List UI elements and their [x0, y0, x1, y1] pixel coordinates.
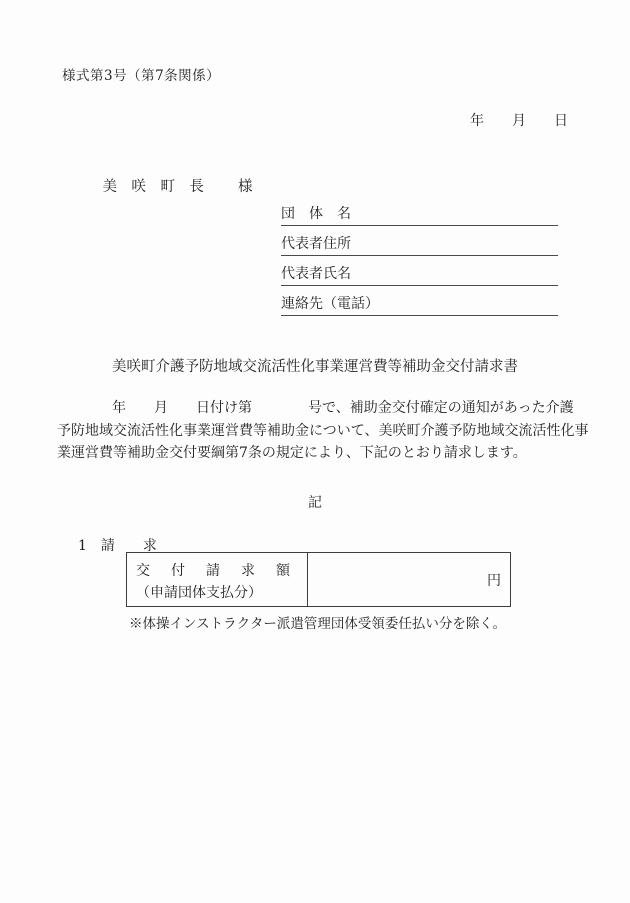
addressee-line: 美 咲 町 長様: [84, 159, 252, 212]
body-paragraph: 年 月 日付け第 号で、補助金交付確定の通知があった介護 予防地域交流活性化事業…: [57, 397, 572, 465]
footnote: ※体操インストラクター派遣管理団体受領委任払い分を除く。: [129, 612, 506, 632]
representative-name-label: 代表者氏名: [281, 263, 351, 283]
request-amount-table: 交 付 請 求 額 （申請団体支払分） 円: [126, 552, 511, 607]
body-line-1: 年 月 日付け第 号で、補助金交付確定の通知があった介護: [57, 397, 572, 420]
field-row-contact-phone: 連絡先（電話）: [281, 286, 558, 316]
amount-label-line2: （申請団体支払分）: [136, 582, 301, 602]
date-line: 年 月 日: [420, 110, 568, 130]
contact-phone-label: 連絡先（電話）: [281, 293, 379, 313]
body-line-2: 予防地域交流活性化事業運営費等補助金について、美咲町介護予防地域交流活性化事: [57, 420, 572, 443]
field-row-representative-name: 代表者氏名: [281, 256, 558, 286]
applicant-fields: 団 体 名 代表者住所 代表者氏名 連絡先（電話）: [281, 196, 558, 316]
amount-value-cell: 円: [308, 553, 510, 606]
field-row-representative-address: 代表者住所: [281, 226, 558, 256]
organization-name-label: 団 体 名: [281, 203, 351, 223]
record-mark: 記: [0, 492, 630, 512]
form-number: 様式第3号（第7条関係）: [62, 64, 220, 84]
amount-label-cell: 交 付 請 求 額 （申請団体支払分）: [127, 553, 308, 606]
field-row-organization-name: 団 体 名: [281, 196, 558, 226]
addressee-name: 美 咲 町 長: [102, 179, 204, 195]
addressee-honorific: 様: [238, 179, 253, 195]
document-title: 美咲町介護予防地域交流活性化事業運営費等補助金交付請求書: [0, 355, 630, 376]
amount-label-line1: 交 付 請 求 額: [136, 560, 301, 580]
document-page: 様式第3号（第7条関係） 年 月 日 美 咲 町 長様 団 体 名 代表者住所 …: [0, 0, 630, 903]
currency-unit-yen: 円: [487, 570, 501, 590]
representative-address-label: 代表者住所: [281, 233, 351, 253]
body-line-3: 業運営費等補助金交付要綱第7条の規定により、下記のとおり請求します。: [57, 442, 572, 465]
